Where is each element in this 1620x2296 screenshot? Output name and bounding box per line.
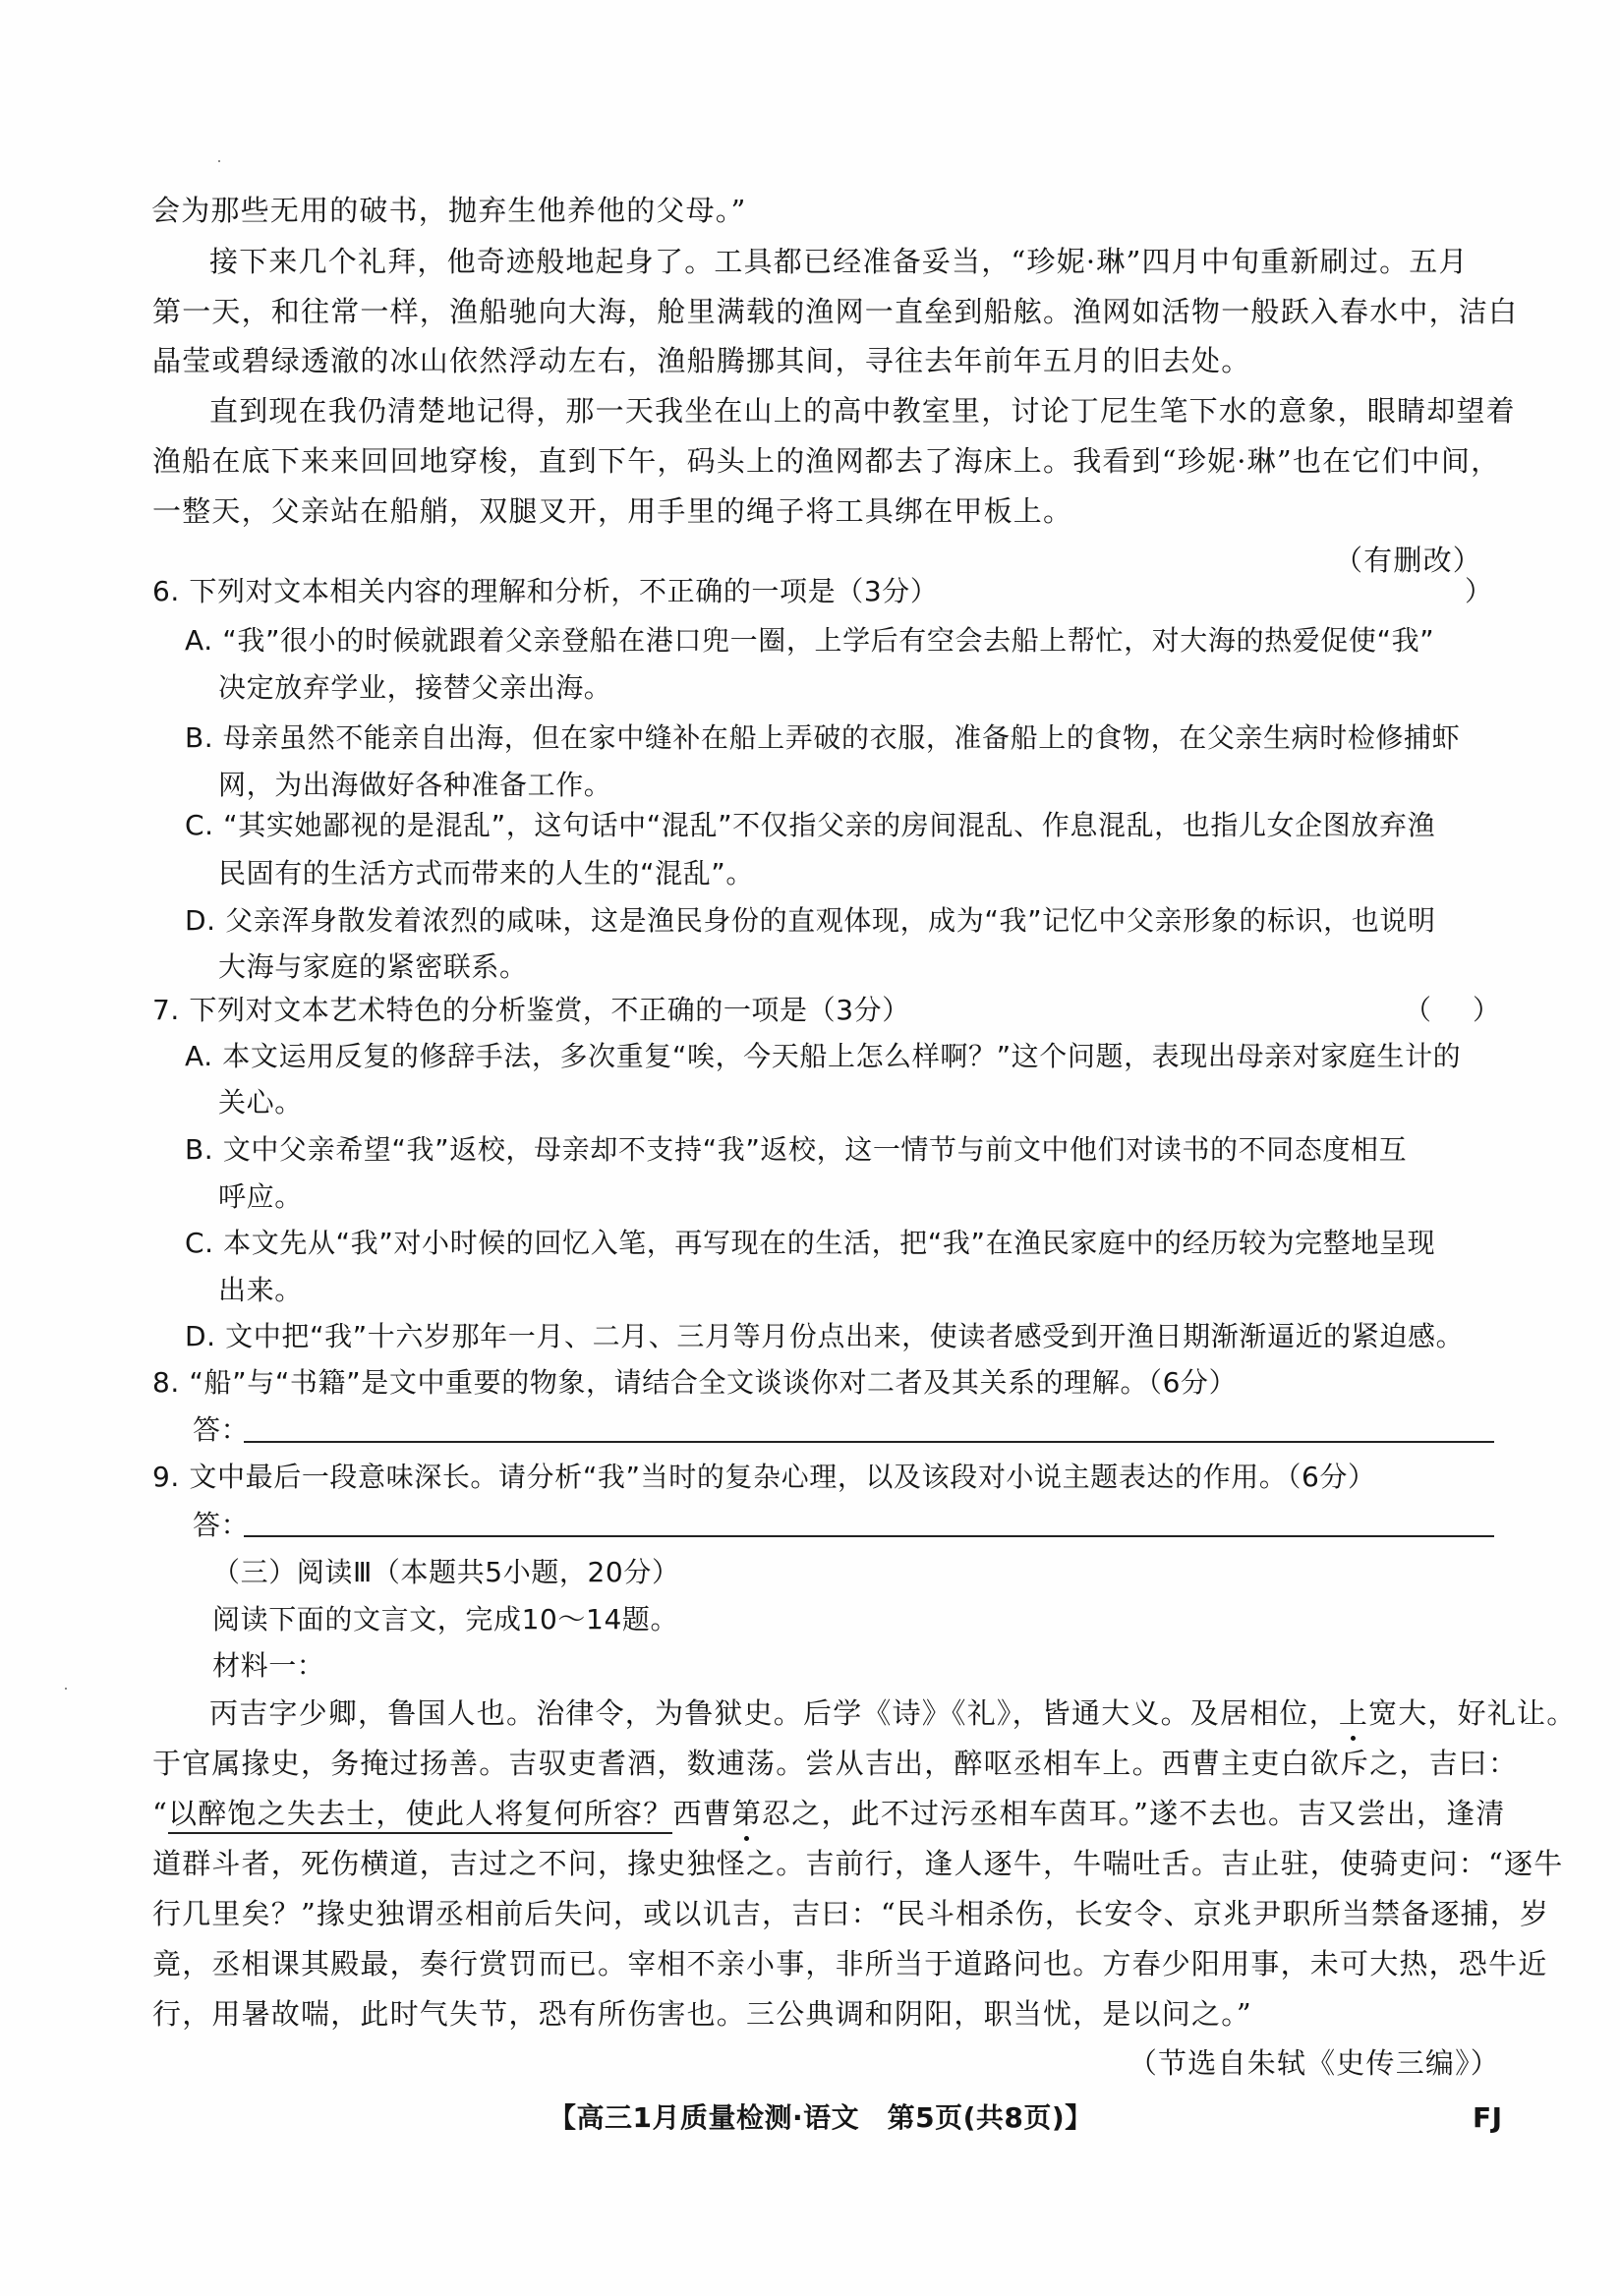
- classical-text-line: “以醉饱之失去士，使此人将复何所容？西曹第忍之，此不过污丞相车茵耳。”遂不去也。…: [152, 1796, 1506, 1831]
- text-segment: 西曹: [672, 1797, 731, 1830]
- q6-option-d: D. 父亲浑身散发着浓烈的咸味，这是渔民身份的直观体现，成为“我”记忆中父亲形象…: [185, 903, 1436, 939]
- q6-option-c: C. “其实她鄙视的是混乱”，这句话中“混乱”不仅指父亲的房间混乱、作息混乱，也…: [185, 808, 1435, 843]
- question-6-stem: 6. 下列对文本相关内容的理解和分析，不正确的一项是（3分）: [152, 574, 938, 609]
- classical-text-line: 于官属掾史，务掩过扬善。吉驭吏耆酒，数逋荡。尝从吉出，醉呕丞相车上。西曹主吏白欲…: [152, 1746, 1518, 1781]
- passage-line: 晶莹或碧绿透澈的冰山依然浮动左右，渔船腾挪其间，寻往去年前年五月的旧去处。: [152, 343, 1250, 378]
- q7-option-c: C. 本文先从“我”对小时候的回忆入笔，再写现在的生活，把“我”在渔民家庭中的经…: [185, 1226, 1435, 1261]
- source-citation: （节选自朱轼《史传三编》）: [1128, 2045, 1500, 2081]
- scan-speck: [218, 160, 220, 162]
- passage-line: 直到现在我仍清楚地记得，那一天我坐在山上的高中教室里，讨论丁尼生笔下水的意象，眼…: [209, 393, 1516, 429]
- emphasized-char: 第: [732, 1796, 762, 1831]
- classical-text-line: 道群斗者，死伤横道，吉过之不问，掾史独怪之。吉前行，逢人逐牛，牛喘吐舌。吉止驻，…: [152, 1846, 1563, 1881]
- q7-option-a: A. 本文运用反复的修辞手法，多次重复“唉，今天船上怎么样啊？”这个问题，表现出…: [185, 1039, 1461, 1074]
- q7-option-b-cont: 呼应。: [218, 1179, 303, 1215]
- q6-option-b-cont: 网，为出海做好各种准备工作。: [218, 768, 611, 803]
- q6-option-d-cont: 大海与家庭的紧密联系。: [218, 949, 528, 985]
- page-footer: 【高三1月质量检测·语文 第5页(共8页)】: [549, 2100, 1093, 2136]
- classical-text-line: 丙吉字少卿，鲁国人也。治律令，为鲁狱史。后学《诗》《礼》，皆通大义。及居相位，上…: [209, 1695, 1576, 1731]
- q7-option-c-cont: 出来。: [218, 1273, 303, 1308]
- q7-option-d: D. 文中把“我”十六岁那年一月、二月、三月等月份点出来，使读者感受到开渔日期渐…: [185, 1319, 1464, 1354]
- q7-option-a-cont: 关心。: [218, 1085, 303, 1120]
- answer-label-8: 答：: [193, 1412, 249, 1448]
- scan-speck: [65, 1688, 67, 1690]
- question-8-stem: 8. “船”与“书籍”是文中重要的物象，请结合全文谈谈你对二者及其关系的理解。（…: [152, 1365, 1237, 1401]
- footer-code: FJ: [1473, 2100, 1503, 2136]
- passage-line: 第一天，和往常一样，渔船驰向大海，舱里满载的渔网一直垒到船舷。渔网如活物一般跃入…: [152, 294, 1518, 329]
- q6-option-a-cont: 决定放弃学业，接替父亲出海。: [218, 670, 611, 706]
- underlined-sentence: 以醉饱之失去士，使此人将复何所容？: [168, 1797, 672, 1834]
- section-3-heading: （三）阅读Ⅲ（本题共5小题，20分）: [212, 1555, 680, 1590]
- question-7-stem: 7. 下列对文本艺术特色的分析鉴赏，不正确的一项是（3分）: [152, 993, 910, 1028]
- answer-field-9[interactable]: [244, 1535, 1494, 1537]
- answer-paren-7-close[interactable]: ）: [1473, 993, 1500, 1028]
- q6-option-a: A. “我”很小的时候就跟着父亲登船在港口兜一圈，上学后有空会去船上帮忙，对大海…: [185, 623, 1434, 659]
- text-segment: “: [152, 1797, 168, 1830]
- exam-page: 会为那些无用的破书，抛弃生他养他的父母。” 接下来几个礼拜，他奇迹般地起身了。工…: [0, 0, 1620, 2296]
- answer-paren-6[interactable]: ）: [1465, 574, 1492, 609]
- q6-option-b: B. 母亲虽然不能亲自出海，但在家中缝补在船上弄破的衣服，准备船上的食物，在父亲…: [185, 720, 1460, 756]
- text-segment: 丙吉字少卿，鲁国人也。治律令，为鲁狱史。后学《诗》《礼》，皆通大义。及居相位，: [209, 1696, 1339, 1730]
- classical-text-line: 行几里矣？”掾史独谓丞相前后失问，或以讥吉，吉曰：“民斗相杀伤，长安令、京兆尹职…: [152, 1896, 1549, 1931]
- passage-line: 一整天，父亲站在船艄，双腿叉开，用手里的绳子将工具绑在甲板上。: [152, 493, 1072, 529]
- material-label: 材料一：: [212, 1648, 324, 1684]
- text-segment: 宽大，好礼让。: [1368, 1696, 1576, 1730]
- emphasized-char: 上: [1339, 1695, 1368, 1731]
- text-segment: 忍之，此不过污丞相车茵耳。”遂不去也。吉又尝出，逢清: [762, 1797, 1506, 1830]
- answer-field-8[interactable]: [244, 1441, 1494, 1443]
- passage-line: 渔船在底下来来回回地穿梭，直到下午，码头上的渔网都去了海床上。我看到“珍妮·琳”…: [152, 443, 1500, 479]
- section-3-instruction: 阅读下面的文言文，完成10～14题。: [212, 1602, 678, 1637]
- question-9-stem: 9. 文中最后一段意味深长。请分析“我”当时的复杂心理，以及该段对小说主题表达的…: [152, 1460, 1376, 1495]
- classical-text-line: 竟，丞相课其殿最，奏行赏罚而已。宰相不亲小事，非所当于道路问也。方春少阳用事，未…: [152, 1946, 1547, 1981]
- source-note: （有删改）: [1334, 543, 1482, 578]
- classical-text-line: 行，用暑故喘，此时气失节，恐有所伤害也。三公典调和阴阳，职当忧，是以问之。”: [152, 1996, 1252, 2032]
- q6-option-c-cont: 民固有的生活方式而带来的人生的“混乱”。: [218, 856, 754, 891]
- passage-line: 会为那些无用的破书，抛弃生他养他的父母。”: [151, 193, 747, 228]
- q7-option-b: B. 文中父亲希望“我”返校，母亲却不支持“我”返校，这一情节与前文中他们对读书…: [185, 1132, 1407, 1168]
- answer-label-9: 答：: [193, 1508, 249, 1543]
- passage-line: 接下来几个礼拜，他奇迹般地起身了。工具都已经准备妥当，“珍妮·琳”四月中旬重新刷…: [209, 244, 1469, 279]
- answer-paren-7-open[interactable]: （: [1404, 993, 1431, 1028]
